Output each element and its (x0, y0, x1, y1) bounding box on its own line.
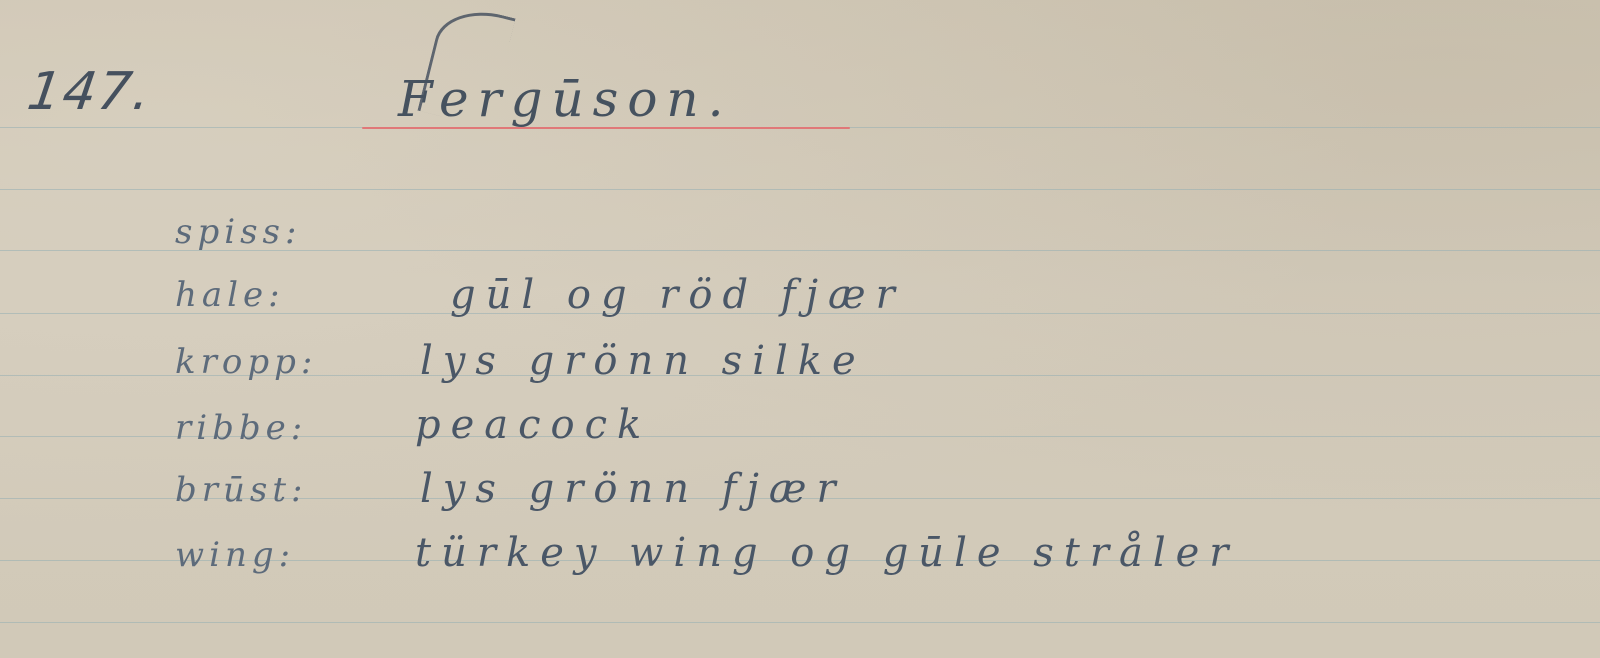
field-label: wing: (175, 535, 295, 575)
field-value: lys grönn silke (420, 338, 866, 384)
title-underline (362, 127, 850, 129)
field-label: spiss: (175, 212, 301, 252)
field-label: hale: (175, 275, 285, 315)
field-label: ribbe: (175, 408, 307, 448)
field-value: gūl og röd fjær (450, 272, 905, 318)
ruled-line (0, 189, 1600, 190)
field-label: brūst: (175, 470, 307, 510)
field-value: lys grönn fjær (420, 466, 846, 512)
entry-number: 147. (24, 62, 156, 122)
ruled-line (0, 622, 1600, 623)
field-value: peacock (415, 402, 651, 448)
field-label: kropp: (175, 342, 317, 382)
entry-title: Fergūson. (398, 70, 733, 128)
field-value: türkey wing og gūle stråler (415, 530, 1238, 576)
notebook-page: 147. Fergūson. spiss: hale: gūl og röd f… (0, 0, 1600, 658)
